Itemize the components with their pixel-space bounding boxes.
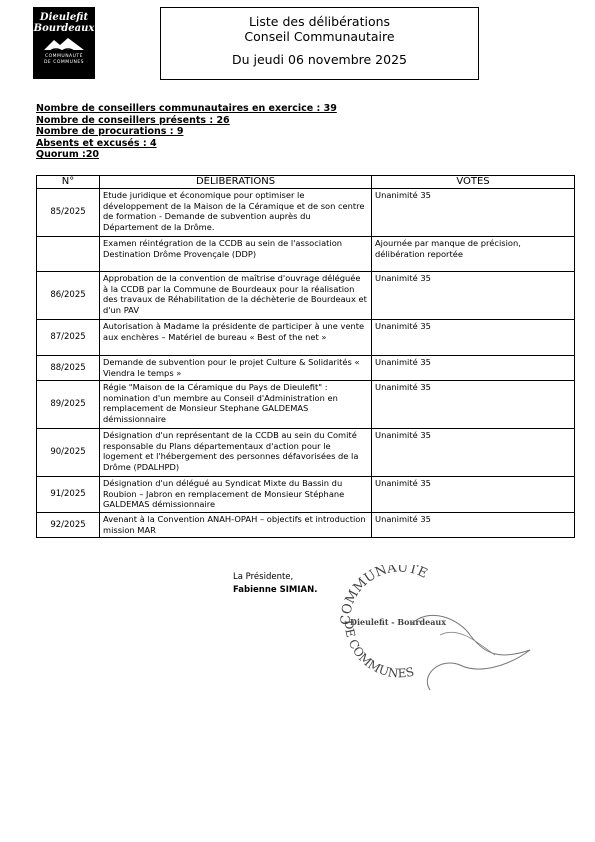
deliberations-table: N° DÉLIBÉRATIONS VOTES 85/2025Etude juri… (36, 175, 575, 538)
logo: Dieulefit Bourdeaux COMMUNAUTÉ DE COMMUN… (33, 7, 95, 79)
deliberation-description: Autorisation à Madame la présidente de p… (100, 320, 372, 356)
deliberation-vote: Unanimité 35 (372, 320, 575, 356)
signature-role: La Présidente, (233, 571, 317, 584)
attendance-stats: Nombre de conseillers communautaires en … (36, 103, 337, 161)
deliberation-number: 86/2025 (37, 272, 100, 320)
table-row: 85/2025Etude juridique et économique pou… (37, 189, 575, 237)
deliberation-number: 85/2025 (37, 189, 100, 237)
table-header-row: N° DÉLIBÉRATIONS VOTES (37, 176, 575, 189)
deliberation-number: 90/2025 (37, 429, 100, 477)
deliberation-vote: Unanimité 35 (372, 356, 575, 381)
deliberation-number: 91/2025 (37, 477, 100, 513)
deliberation-number: 87/2025 (37, 320, 100, 356)
deliberation-description: Examen réintégration de la CCDB au sein … (100, 237, 372, 272)
deliberation-number: 88/2025 (37, 356, 100, 381)
deliberation-vote: Unanimité 35 (372, 513, 575, 538)
title-line-2: Conseil Communautaire (161, 29, 478, 44)
deliberation-number (37, 237, 100, 272)
deliberation-description: Approbation de la convention de maîtrise… (100, 272, 372, 320)
table-row: 87/2025Autorisation à Madame la présiden… (37, 320, 575, 356)
mountain-icon (44, 36, 84, 52)
title-line-1: Liste des délibérations (161, 14, 478, 29)
table-row: 92/2025Avenant à la Convention ANAH-OPAH… (37, 513, 575, 538)
svg-text:Dieulefit - Bourdeaux: Dieulefit - Bourdeaux (350, 617, 446, 627)
logo-line-1: Dieulefit (33, 12, 95, 23)
deliberation-description: Régie "Maison de la Céramique du Pays de… (100, 381, 372, 429)
deliberation-description: Désignation d'un représentant de la CCDB… (100, 429, 372, 477)
deliberation-description: Demande de subvention pour le projet Cul… (100, 356, 372, 381)
logo-line-2: Bourdeaux (33, 23, 95, 34)
header-num: N° (37, 176, 100, 189)
deliberation-vote: Unanimité 35 (372, 189, 575, 237)
stat-conseillers-presents: Nombre de conseillers présents : 26 (36, 115, 337, 127)
signature-block: La Présidente, Fabienne SIMIAN. (233, 571, 317, 597)
deliberation-vote: Ajournée par manque de précision, délibé… (372, 237, 575, 272)
title-box: Liste des délibérations Conseil Communau… (160, 7, 479, 80)
logo-line-4: DE COMMUNES (33, 60, 95, 66)
deliberation-description: Avenant à la Convention ANAH-OPAH – obje… (100, 513, 372, 538)
deliberation-vote: Unanimité 35 (372, 272, 575, 320)
deliberation-vote: Unanimité 35 (372, 381, 575, 429)
header-deliberations: DÉLIBÉRATIONS (100, 176, 372, 189)
table-row: 88/2025Demande de subvention pour le pro… (37, 356, 575, 381)
official-stamp: COMMUNAUTE Dieulefit - Bourdeaux DE COMM… (320, 565, 550, 705)
table-row: 89/2025Régie "Maison de la Céramique du … (37, 381, 575, 429)
stat-quorum: Quorum :20 (36, 149, 337, 161)
header-votes: VOTES (372, 176, 575, 189)
deliberation-number: 92/2025 (37, 513, 100, 538)
signature-name: Fabienne SIMIAN. (233, 584, 317, 597)
deliberation-description: Désignation d'un délégué au Syndicat Mix… (100, 477, 372, 513)
deliberation-vote: Unanimité 35 (372, 429, 575, 477)
svg-text:DE COMMUNES: DE COMMUNES (342, 619, 416, 680)
table-row: 90/2025Désignation d'un représentant de … (37, 429, 575, 477)
deliberation-description: Etude juridique et économique pour optim… (100, 189, 372, 237)
stat-procurations: Nombre de procurations : 9 (36, 126, 337, 138)
table-row: 91/2025Désignation d'un délégué au Syndi… (37, 477, 575, 513)
meeting-date: Du jeudi 06 novembre 2025 (161, 52, 478, 67)
stat-absents: Absents et excusés : 4 (36, 138, 337, 150)
deliberation-vote: Unanimité 35 (372, 477, 575, 513)
table-row: 86/2025Approbation de la convention de m… (37, 272, 575, 320)
deliberation-number: 89/2025 (37, 381, 100, 429)
stat-conseillers-exercice: Nombre de conseillers communautaires en … (36, 103, 337, 115)
table-row: Examen réintégration de la CCDB au sein … (37, 237, 575, 272)
